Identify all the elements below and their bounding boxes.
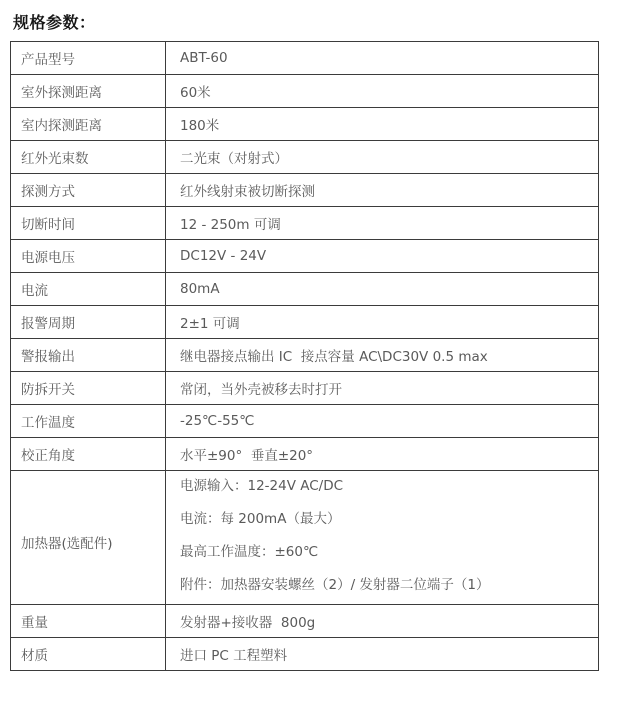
table-row: 电流 80mA [11, 273, 599, 306]
spec-value-line: 附件：加热器安装螺丝（2）/ 发射器二位端子（1） [180, 575, 590, 596]
spec-label: 电流 [11, 273, 166, 306]
spec-label: 室内探测距离 [11, 108, 166, 141]
table-row: 材质 进口 PC 工程塑料 [11, 638, 599, 671]
spec-table: 产品型号 ABT-60 室外探测距离 60米 室内探测距离 180米 红外光束数… [10, 41, 599, 671]
spec-value: 180米 [166, 108, 599, 141]
spec-label: 重量 [11, 605, 166, 638]
spec-value: 电源输入：12-24V AC/DC电流：每 200mA（最大）最高工作温度：±6… [166, 471, 599, 605]
table-row: 防拆开关 常闭，当外壳被移去时打开 [11, 372, 599, 405]
spec-table-body: 产品型号 ABT-60 室外探测距离 60米 室内探测距离 180米 红外光束数… [11, 42, 599, 671]
spec-value-line: 最高工作温度：±60℃ [180, 542, 590, 563]
spec-value: DC12V - 24V [166, 240, 599, 273]
spec-label: 工作温度 [11, 405, 166, 438]
table-row: 重量 发射器+接收器 800g [11, 605, 599, 638]
table-row: 警报输出 继电器接点输出 IC 接点容量 AC\DC30V 0.5 max [11, 339, 599, 372]
spec-value: 继电器接点输出 IC 接点容量 AC\DC30V 0.5 max [166, 339, 599, 372]
spec-label: 加热器(选配件) [11, 471, 166, 605]
table-row: 电源电压 DC12V - 24V [11, 240, 599, 273]
table-row: 校正角度 水平±90° 垂直±20° [11, 438, 599, 471]
spec-value: 红外线射束被切断探测 [166, 174, 599, 207]
spec-value: 水平±90° 垂直±20° [166, 438, 599, 471]
spec-value: -25℃-55℃ [166, 405, 599, 438]
spec-value: 2±1 可调 [166, 306, 599, 339]
spec-label: 红外光束数 [11, 141, 166, 174]
page-title: 规格参数： [13, 10, 96, 33]
table-row: 报警周期 2±1 可调 [11, 306, 599, 339]
table-row: 室外探测距离 60米 [11, 75, 599, 108]
spec-value: 12 - 250m 可调 [166, 207, 599, 240]
spec-value: 80mA [166, 273, 599, 306]
spec-value: 进口 PC 工程塑料 [166, 638, 599, 671]
table-row: 加热器(选配件) 电源输入：12-24V AC/DC电流：每 200mA（最大）… [11, 471, 599, 605]
spec-value: 二光束（对射式） [166, 141, 599, 174]
spec-label: 报警周期 [11, 306, 166, 339]
spec-value-line: 电源输入：12-24V AC/DC [180, 476, 590, 497]
spec-label: 探测方式 [11, 174, 166, 207]
spec-page: 规格参数： 产品型号 ABT-60 室外探测距离 60米 室内探测距离 180米… [0, 0, 618, 719]
spec-label: 电源电压 [11, 240, 166, 273]
spec-value: ABT-60 [166, 42, 599, 75]
table-row: 红外光束数 二光束（对射式） [11, 141, 599, 174]
spec-value-line: 电流：每 200mA（最大） [180, 509, 590, 530]
table-row: 工作温度 -25℃-55℃ [11, 405, 599, 438]
spec-value: 常闭，当外壳被移去时打开 [166, 372, 599, 405]
spec-label: 产品型号 [11, 42, 166, 75]
table-row: 室内探测距离 180米 [11, 108, 599, 141]
spec-label: 材质 [11, 638, 166, 671]
spec-label: 警报输出 [11, 339, 166, 372]
table-row: 切断时间 12 - 250m 可调 [11, 207, 599, 240]
spec-label: 校正角度 [11, 438, 166, 471]
table-row: 探测方式 红外线射束被切断探测 [11, 174, 599, 207]
spec-label: 室外探测距离 [11, 75, 166, 108]
spec-label: 防拆开关 [11, 372, 166, 405]
spec-label: 切断时间 [11, 207, 166, 240]
table-row: 产品型号 ABT-60 [11, 42, 599, 75]
spec-value: 发射器+接收器 800g [166, 605, 599, 638]
spec-value: 60米 [166, 75, 599, 108]
